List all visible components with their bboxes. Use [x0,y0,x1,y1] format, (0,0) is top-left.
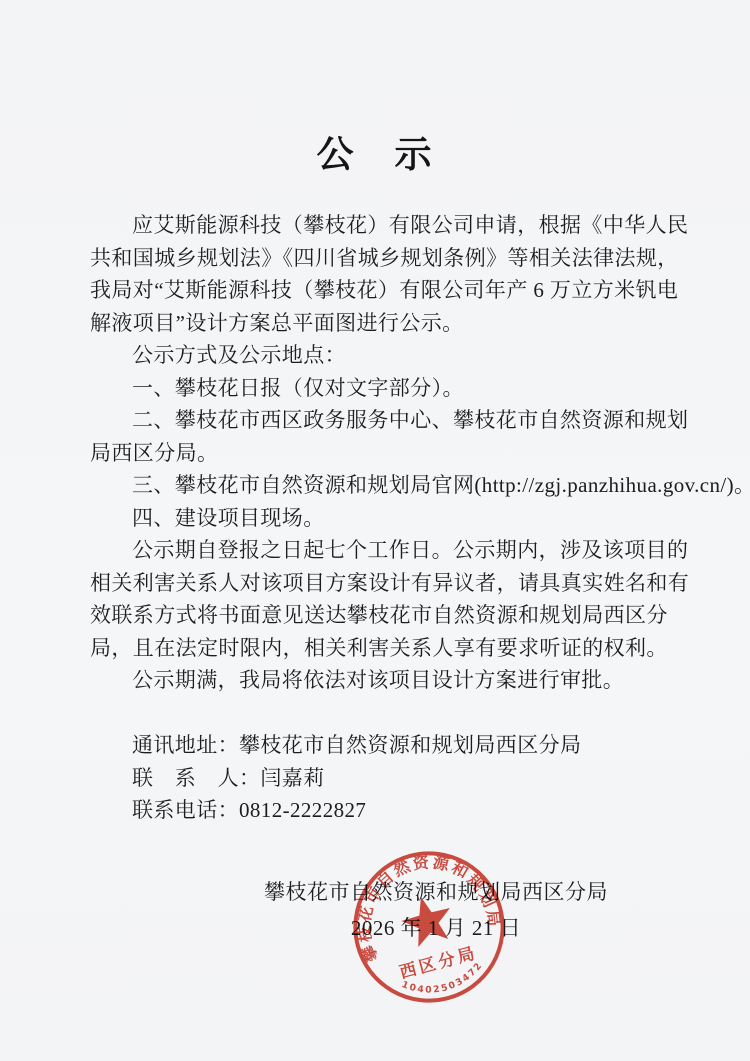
body-line: 解液项目”设计方案总平面图进行公示。 [90,307,690,340]
document-title: 公 示 [0,124,750,178]
body-line: 公示方式及公示地点： [90,339,690,372]
body-line: 一、攀枝花日报（仅对文字部分）。 [90,372,690,405]
official-seal: 攀枝花市自然资源和规划局 西区分局 5104025034723 [331,829,527,1025]
body-line: 我局对“艾斯能源科技（攀枝花）有限公司年产 6 万立方米钒电 [90,274,690,307]
body-line: 局，且在法定时限内，相关利害关系人享有要求听证的权利。 [90,632,690,665]
blank-line [90,697,690,730]
body-line: 共和国城乡规划法》《四川省城乡规划条例》等相关法律法规， [90,242,690,275]
body-line: 四、建设项目现场。 [90,502,690,535]
contact-address-line: 通讯地址：攀枝花市自然资源和规划局西区分局 [90,729,690,762]
body-line: 相关利害关系人对该项目方案设计有异议者，请具真实姓名和有 [90,567,690,600]
body-line: 应艾斯能源科技（攀枝花）有限公司申请，根据《中华人民 [90,209,690,242]
body-line: 二、攀枝花市西区政务服务中心、攀枝花市自然资源和规划 [90,404,690,437]
body-line: 公示期自登报之日起七个工作日。公示期内，涉及该项目的 [90,534,690,567]
contact-person-line: 联 系 人：闫嘉莉 [90,762,690,795]
body-line: 公示期满，我局将依法对该项目设计方案进行审批。 [90,664,690,697]
scanned-notice-page: 公 示 应艾斯能源科技（攀枝花）有限公司申请，根据《中华人民 共和国城乡规划法》… [0,0,750,1061]
body-line: 局西区分局。 [90,437,690,470]
seal-star-icon [397,890,458,949]
body-line: 效联系方式将书面意见送达攀枝花市自然资源和规划局西区分 [90,599,690,632]
contact-phone-line: 联系电话：0812-2222827 [90,794,690,827]
notice-body: 应艾斯能源科技（攀枝花）有限公司申请，根据《中华人民 共和国城乡规划法》《四川省… [90,209,690,827]
body-line: 三、攀枝花市自然资源和规划局官网(http://zgj.panzhihua.go… [90,469,690,502]
